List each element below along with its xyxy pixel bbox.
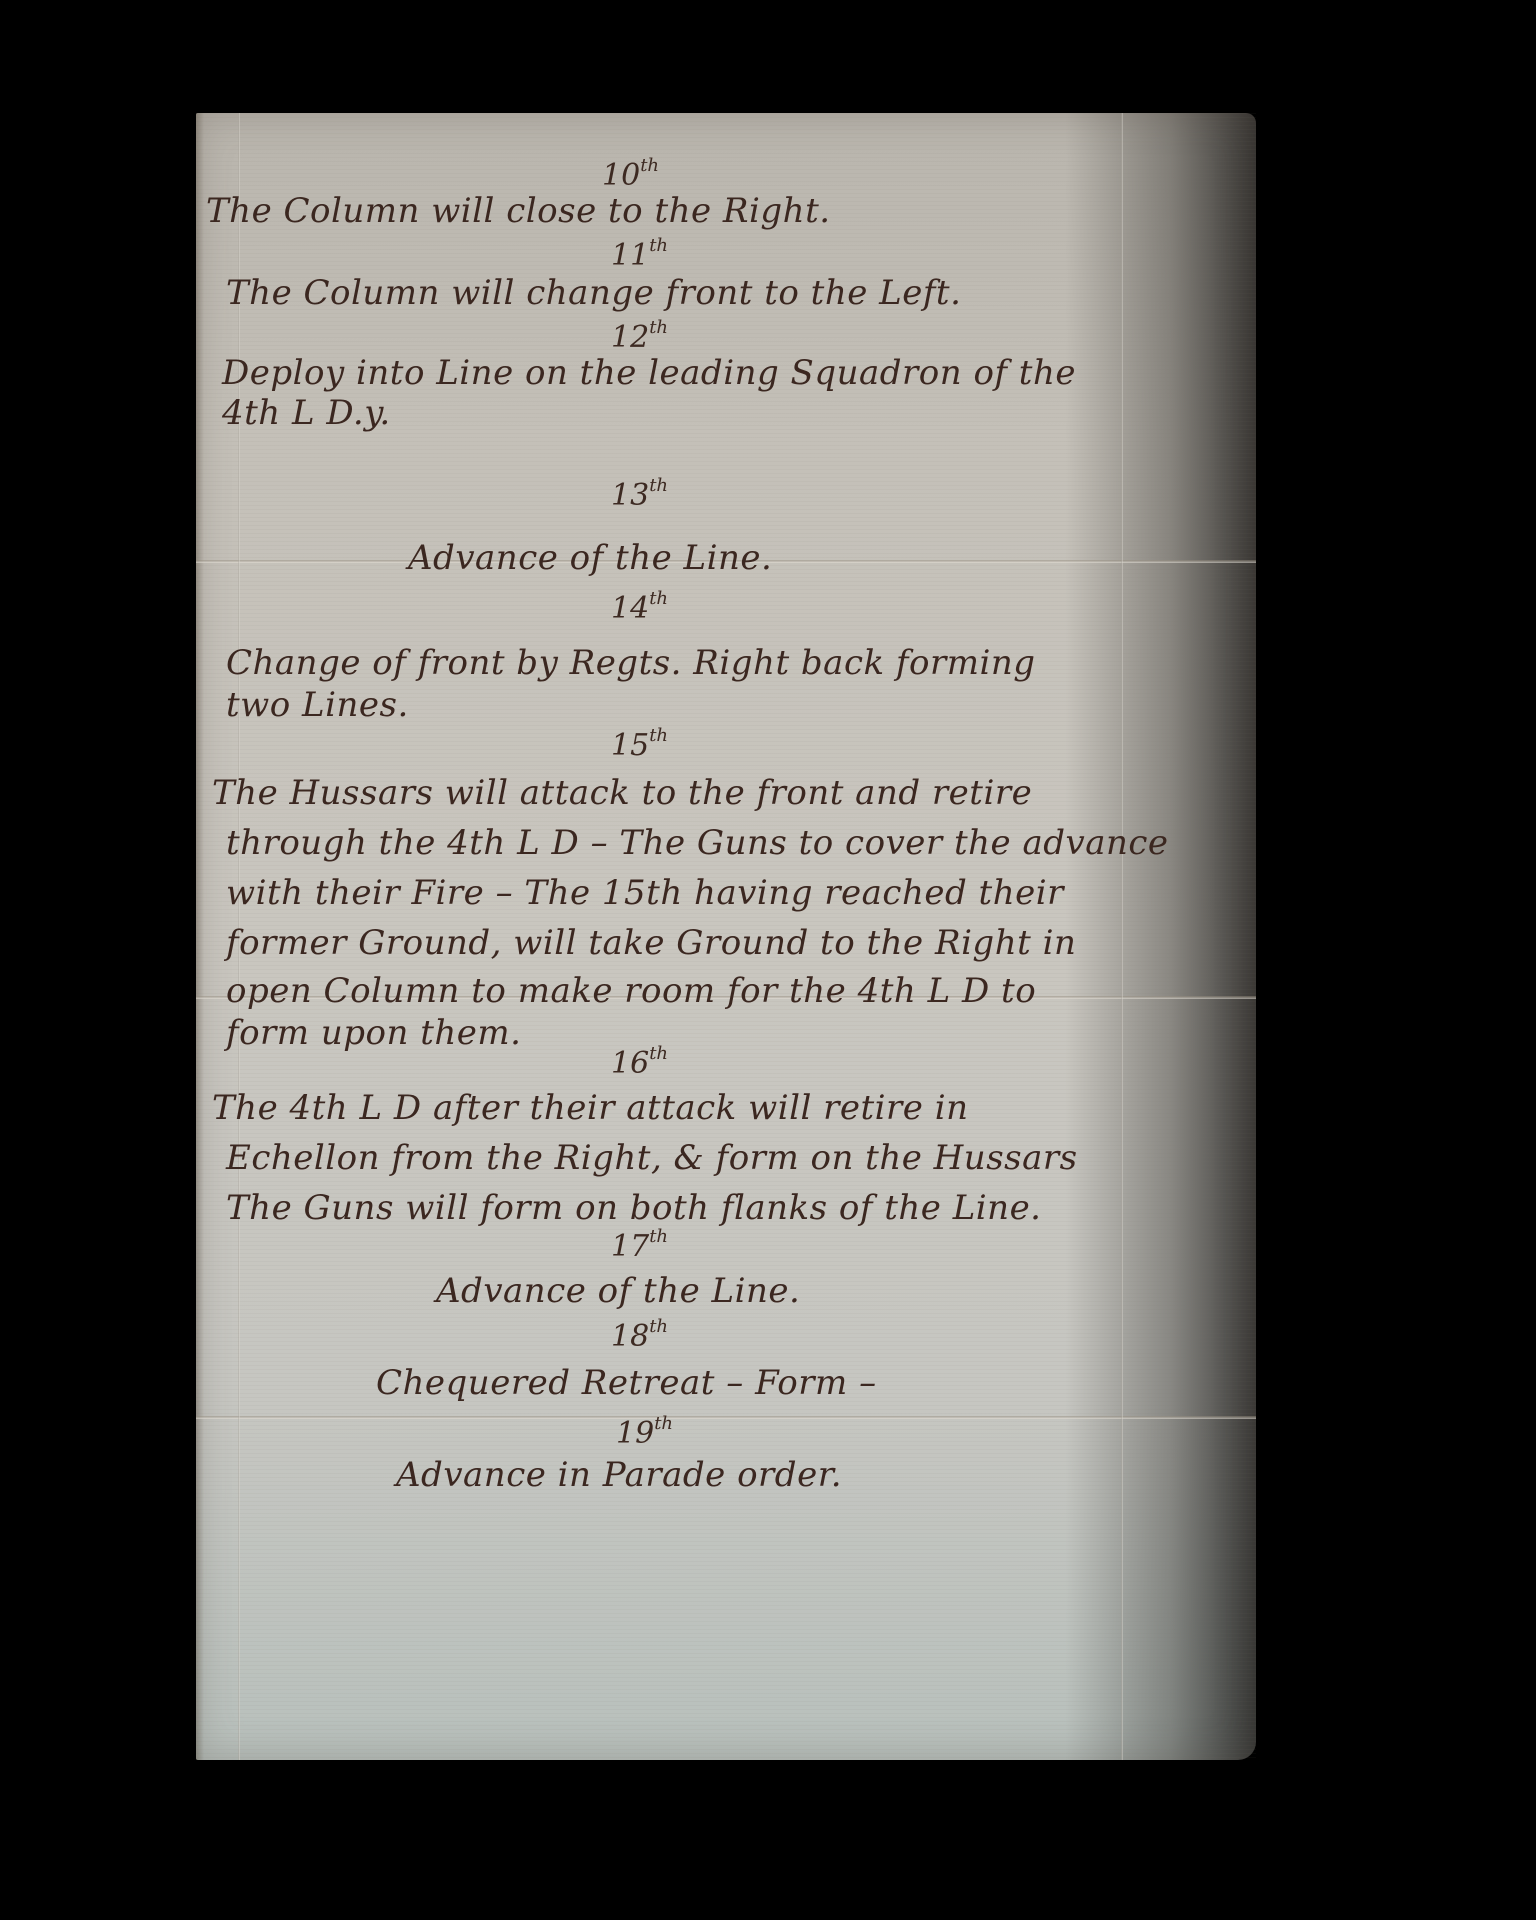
section-number-value: 13 [611, 478, 649, 513]
manuscript-text: 10th The Column will close to the Right.… [196, 113, 1256, 1760]
section-line: Advance of the Line. [408, 538, 772, 578]
section-number: 13th [611, 475, 668, 513]
section-number-value: 19 [616, 1416, 654, 1451]
section-number: 14th [611, 588, 668, 626]
section-number-value: 12 [611, 320, 649, 355]
section-line: The 4th L D after their attack will reti… [212, 1088, 969, 1128]
section-line: two Lines. [226, 685, 409, 725]
section-line: Advance of the Line. [436, 1271, 800, 1311]
section-line: Change of front by Regts. Right back for… [226, 643, 1035, 683]
section-number-value: 16 [611, 1046, 649, 1081]
section-number-value: 17 [611, 1229, 649, 1264]
section-line: Deploy into Line on the leading Squadron… [222, 353, 1076, 393]
ordinal-suffix: th [649, 317, 668, 338]
section-number: 16th [611, 1043, 668, 1081]
section-line: with their Fire – The 15th having reache… [226, 873, 1064, 913]
section-number: 12th [611, 317, 668, 355]
manuscript-page: 10th The Column will close to the Right.… [196, 113, 1256, 1760]
section-number: 19th [616, 1413, 673, 1451]
section-line: Echellon from the Right, & form on the H… [226, 1138, 1078, 1178]
section-number-value: 10 [602, 158, 640, 193]
section-line: Advance in Parade order. [396, 1455, 842, 1495]
section-number-value: 15 [611, 728, 649, 763]
section-line: The Guns will form on both flanks of the… [226, 1188, 1042, 1228]
ordinal-suffix: th [649, 588, 668, 609]
ordinal-suffix: th [649, 1043, 668, 1064]
section-number: 11th [611, 235, 668, 273]
section-line: form upon them. [226, 1013, 521, 1053]
section-number-value: 14 [611, 591, 649, 626]
section-line: Chequered Retreat – Form – [376, 1363, 877, 1403]
ordinal-suffix: th [649, 725, 668, 746]
section-number-value: 18 [611, 1319, 649, 1354]
section-number: 18th [611, 1316, 668, 1354]
ordinal-suffix: th [640, 155, 659, 176]
section-line: 4th L D.y. [222, 393, 391, 433]
ordinal-suffix: th [649, 1316, 668, 1337]
section-number: 17th [611, 1226, 668, 1264]
section-number-value: 11 [611, 238, 649, 273]
ordinal-suffix: th [649, 1226, 668, 1247]
section-line: The Column will change front to the Left… [226, 273, 961, 313]
ordinal-suffix: th [649, 235, 668, 256]
ordinal-suffix: th [649, 475, 668, 496]
section-number: 10th [602, 155, 659, 193]
section-line: The Hussars will attack to the front and… [212, 773, 1032, 813]
section-line: The Column will close to the Right. [206, 191, 831, 231]
section-line: former Ground, will take Ground to the R… [226, 923, 1076, 963]
section-line: through the 4th L D – The Guns to cover … [226, 823, 1169, 863]
section-number: 15th [611, 725, 668, 763]
ordinal-suffix: th [654, 1413, 673, 1434]
section-line: open Column to make room for the 4th L D… [226, 971, 1036, 1011]
